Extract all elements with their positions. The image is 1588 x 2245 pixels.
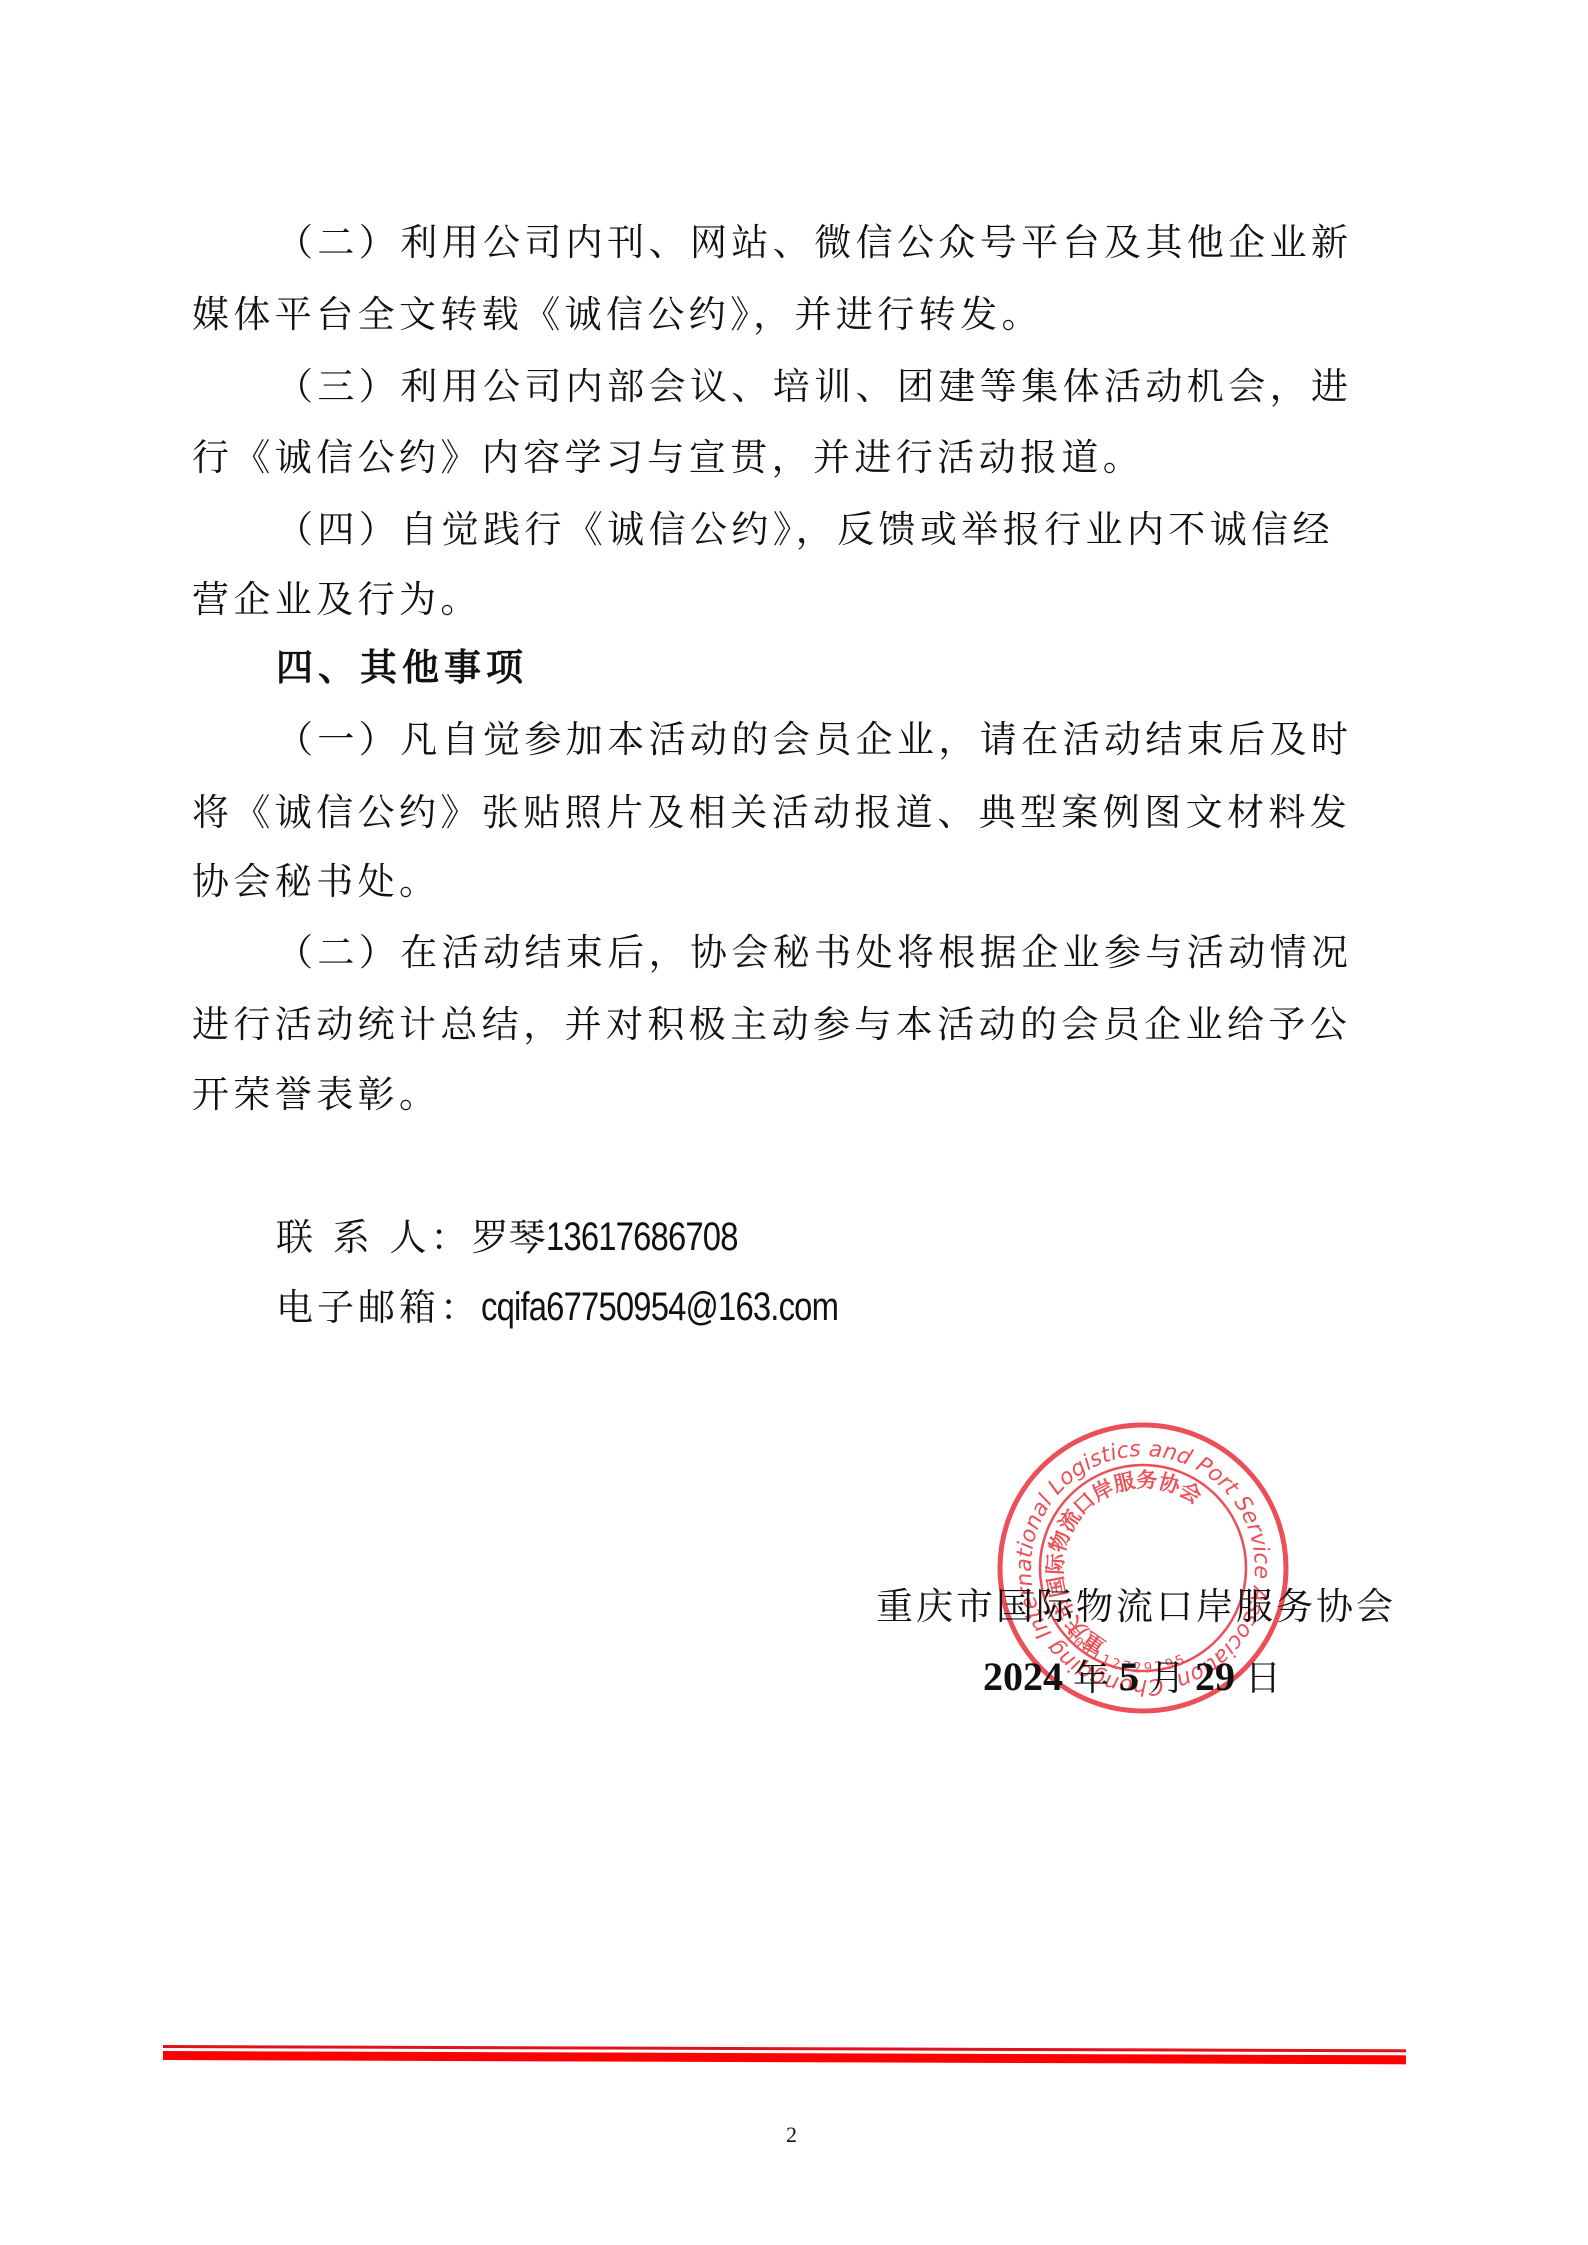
paragraph-line: 进行活动统计总结，并对积极主动参与本活动的会员企业给予公	[192, 995, 1397, 1055]
contact-person-row: 联 系 人：罗琴13617686708	[276, 1207, 779, 1267]
paragraph-line: （三）利用公司内部会议、培训、团建等集体活动机会，进	[276, 357, 1481, 417]
contact-email[interactable]: cqifa67750954@163.com	[481, 1277, 838, 1337]
contact-person-label: 联 系 人：	[276, 1216, 472, 1259]
paragraph-line: （二）在活动结束后，协会秘书处将根据企业参与活动情况	[276, 923, 1481, 983]
date-year-unit: 年	[1073, 1658, 1109, 1698]
paragraph-line: （一）凡自觉参加本活动的会员企业，请在活动结束后及时	[276, 710, 1481, 770]
paragraph-line: （四）自觉践行《诚信公约》，反馈或举报行业内不诚信经	[276, 500, 1481, 560]
date-day: 29	[1195, 1654, 1235, 1699]
contact-phone: 13617686708	[546, 1207, 738, 1267]
paragraph-line: 行《诚信公约》内容学习与宣贯，并进行活动报道。	[192, 428, 1397, 488]
footer-red-rule	[163, 2045, 1406, 2049]
paragraph-line: 开荣誉表彰。	[192, 1065, 1397, 1125]
date-month-unit: 月	[1149, 1658, 1185, 1698]
page-number: 2	[786, 2122, 797, 2148]
contact-email-label: 电子邮箱：	[276, 1286, 481, 1329]
contact-email-row: 电子邮箱：cqifa67750954@163.com	[276, 1277, 916, 1337]
signature-date: 2024年5月29日	[983, 1647, 1291, 1707]
paragraph-line: 媒体平台全文转载《诚信公约》，并进行转发。	[192, 285, 1397, 345]
paragraph-line: 营企业及行为。	[192, 570, 1397, 630]
rule-thick-line	[163, 2051, 1406, 2064]
paragraph-line: （二）利用公司内刊、网站、微信公众号平台及其他企业新	[276, 213, 1481, 273]
date-month: 5	[1119, 1654, 1139, 1699]
paragraph-line: 协会秘书处。	[192, 852, 1397, 912]
date-day-unit: 日	[1245, 1658, 1281, 1698]
paragraph-line: 将《诚信公约》张贴照片及相关活动报道、典型案例图文材料发	[192, 783, 1397, 843]
signature-organization: 重庆市国际物流口岸服务协会	[876, 1577, 1396, 1637]
section-heading: 四、其他事项	[276, 638, 1481, 698]
contact-person-name: 罗琴	[472, 1216, 546, 1259]
date-year: 2024	[983, 1654, 1063, 1699]
